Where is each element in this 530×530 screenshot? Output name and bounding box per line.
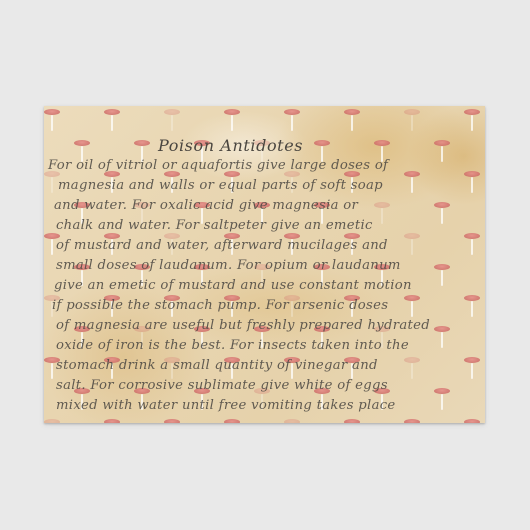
text-line: if possible the stomach pump. For arseni… [52, 298, 388, 313]
card-title: Poison Antidotes [158, 136, 303, 155]
handwritten-text: Poison Antidotes For oil of vitriol or a… [44, 106, 485, 423]
text-line: salt. For corrosive sublimate give white… [56, 378, 388, 393]
text-line: chalk and water. For saltpeter give an e… [56, 218, 373, 233]
text-line: small doses of laudanum. For opium or la… [56, 258, 401, 273]
text-line: and water. For oxalic acid give magnesia… [54, 198, 358, 213]
text-line: stomach drink a small quantity of vinega… [56, 358, 378, 373]
text-line: of mustard and water, afterward mucilage… [56, 238, 388, 253]
text-line: of magnesia are useful but freshly prepa… [56, 318, 430, 333]
text-line: magnesia and walls or equal parts of sof… [58, 178, 383, 193]
text-line: oxide of iron is the best. For insects t… [56, 338, 409, 353]
text-line: For oil of vitriol or aquafortis give la… [48, 158, 388, 173]
recipe-card: Poison Antidotes For oil of vitriol or a… [44, 106, 485, 423]
text-line: mixed with water until free vomiting tak… [56, 398, 396, 413]
text-line: give an emetic of mustard and use consta… [54, 278, 412, 293]
